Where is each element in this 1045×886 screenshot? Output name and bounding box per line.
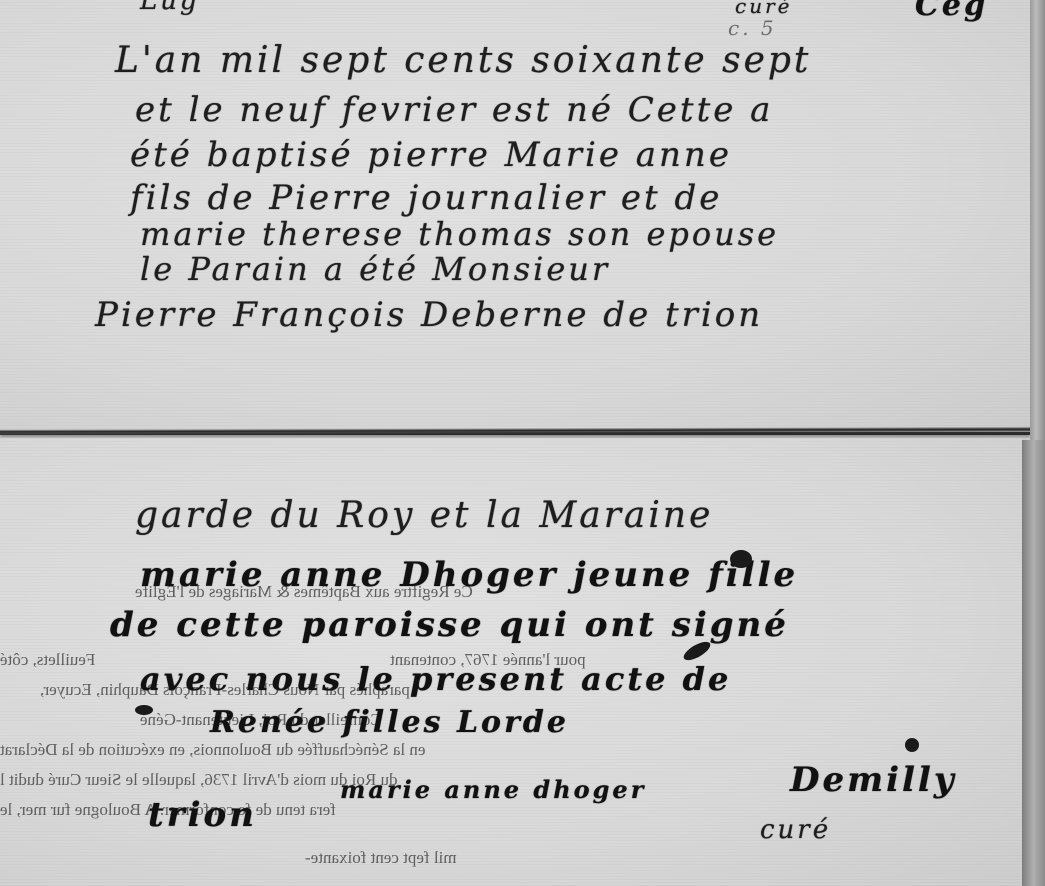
signature-godfather: trion [148, 795, 257, 835]
signature-priest: Demilly [790, 760, 957, 800]
record-line-3: été baptisé pierre Marie anne [130, 135, 732, 175]
record-line-8: garde du Roy et la Maraine [135, 495, 713, 536]
print-line-7: du Roi du mois d'Avril 1736, laquelle le… [0, 770, 397, 790]
print-line-2: Feuillets, côté [0, 650, 95, 670]
record-line-6: le Parain a été Monsieur [140, 250, 610, 288]
record-line-9: marie anne Dhoger jeune fille [140, 555, 798, 595]
ink-blot [730, 550, 752, 568]
print-line-9: mil fept cent foixante- [305, 848, 457, 868]
record-line-2: et le neuf fevrier est né Cette a [135, 90, 773, 130]
signature-priest-title: curé [760, 815, 831, 845]
record-line-12: Renée filles Lorde [210, 705, 569, 740]
record-line-10: de cette paroisse qui ont signé [110, 605, 789, 645]
top-margin-fragment-left: Lug [140, 0, 200, 16]
print-line-6: en la Sénéchauffée du Boulonnois, en exé… [0, 740, 425, 760]
lower-page-edge-strip [1022, 440, 1045, 886]
record-line-7: Pierre François Deberne de trion [95, 295, 763, 335]
marginal-note: c. 5 [728, 16, 777, 40]
ink-blot [135, 705, 153, 715]
ink-blot [905, 738, 919, 752]
record-line-1: L'an mil sept cents soixante sept [115, 40, 811, 81]
record-line-4: fils de Pierre journalier et de [130, 178, 722, 218]
record-line-11: avec nous le present acte de [140, 660, 731, 698]
record-line-5: marie therese thomas son epouse [140, 215, 779, 253]
top-margin-fragment-right: Ceg [915, 0, 988, 23]
signature-godmother: marie anne dhoger [340, 775, 646, 804]
